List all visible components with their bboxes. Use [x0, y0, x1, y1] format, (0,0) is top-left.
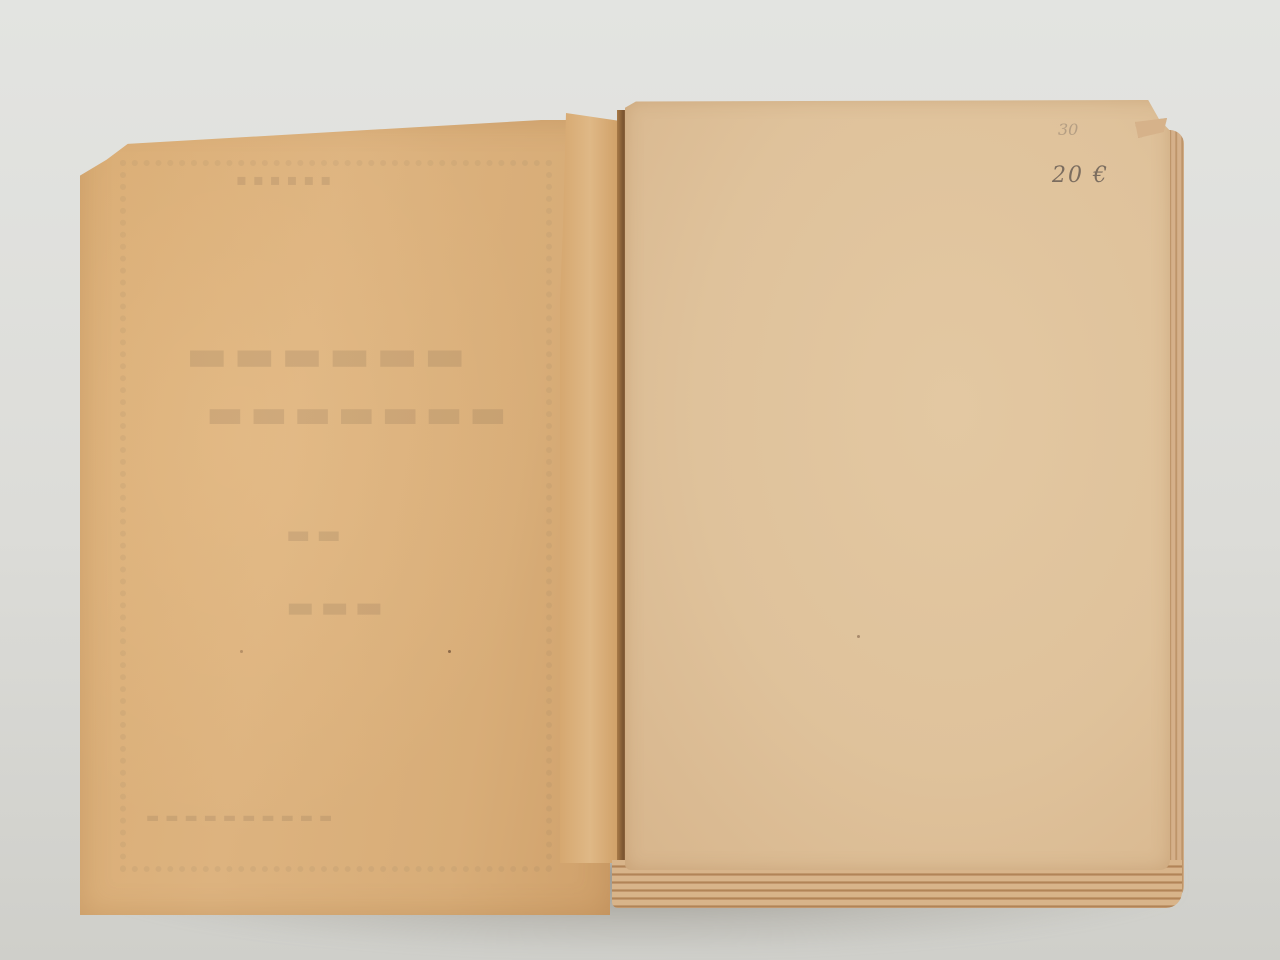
photo-scene: ▪▪▪▪▪▪ ▬▬▬▬▬▬ ▬▬▬▬▬▬▬ ▬▬ ▬▬▬ ▬▬▬▬▬▬▬▬▬▬ …	[0, 0, 1280, 960]
pencil-price: 20 €	[1052, 163, 1109, 188]
pencil-mark-faint: 30	[1058, 120, 1078, 139]
show-through-emblem: ▬▬▬	[280, 590, 383, 625]
show-through-title: ▬▬▬▬▬▬▬	[200, 390, 507, 437]
torn-hinge-flap	[560, 113, 620, 863]
show-through-border	[120, 160, 552, 872]
blank-flyleaf	[625, 100, 1170, 870]
show-through-text: ▬▬	[280, 520, 341, 550]
show-through-text: ▪▪▪▪▪▪	[230, 170, 331, 189]
foxing-spot	[448, 650, 451, 653]
show-through-title: ▬▬▬▬▬▬	[180, 330, 465, 381]
show-through-imprint: ▬▬▬▬▬▬▬▬▬▬	[140, 810, 332, 826]
foxing-spot	[857, 635, 860, 638]
inner-front-cover: ▪▪▪▪▪▪ ▬▬▬▬▬▬ ▬▬▬▬▬▬▬ ▬▬ ▬▬▬ ▬▬▬▬▬▬▬▬▬▬	[80, 120, 610, 915]
foxing-spot	[240, 650, 243, 653]
